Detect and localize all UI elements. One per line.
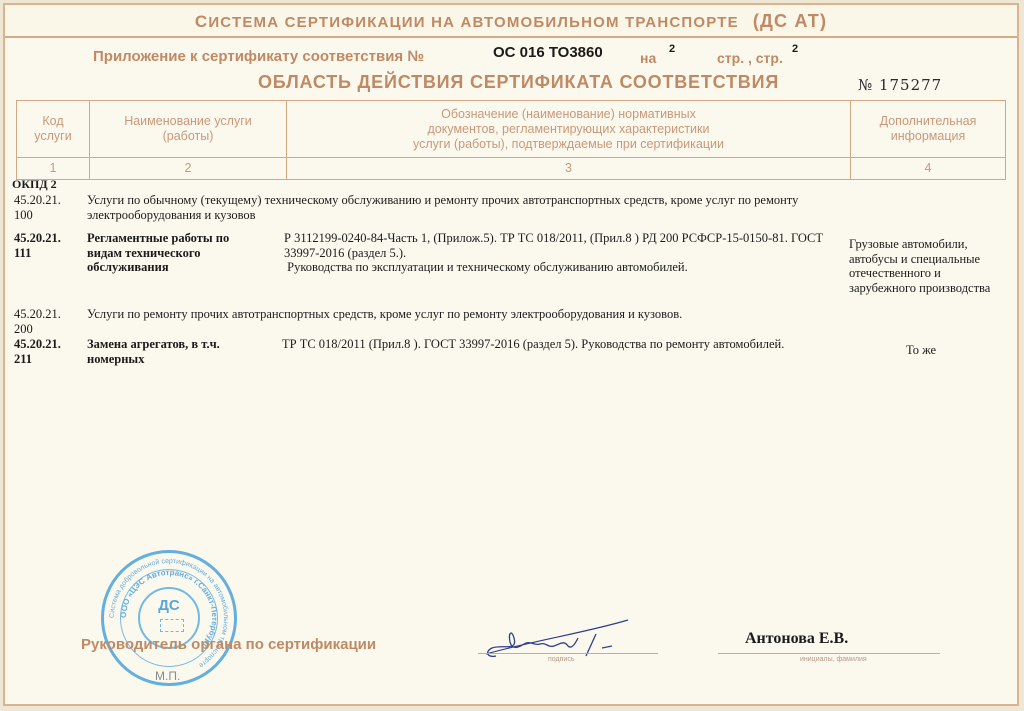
- normative-docs-extra: Руководства по эксплуатации и техническо…: [284, 260, 844, 275]
- table-column-numbers: 1 2 3 4: [16, 158, 1006, 180]
- classifier-label: ОКПД 2: [12, 177, 57, 192]
- column-number: 2: [90, 158, 287, 179]
- service-code: 45.20.21. 111: [14, 231, 61, 260]
- system-title-initial: С: [195, 12, 208, 31]
- name-caption: инициалы, фамилия: [800, 656, 867, 663]
- service-code: 45.20.21. 200: [14, 307, 61, 336]
- service-code: 45.20.21. 211: [14, 337, 61, 366]
- column-number: 1: [17, 158, 90, 179]
- page-current: 2: [792, 43, 798, 55]
- head-of-certification-body-label: Руководитель органа по сертификации: [81, 636, 376, 653]
- service-group-text: Услуги по обычному (текущему) техническо…: [87, 193, 827, 222]
- normative-docs: Р 3112199-0240-84-Часть 1, (Прилож.5). Т…: [284, 231, 844, 260]
- pages-on-label: на: [640, 50, 656, 66]
- system-title-band: СИСТЕМА СЕРТИФИКАЦИИ НА АВТОМОБИЛЬНОМ ТР…: [5, 5, 1017, 38]
- additional-info: То же: [906, 343, 936, 358]
- column-header-normative-docs: Обозначение (наименование) нормативных д…: [287, 101, 851, 157]
- signature-line: [478, 653, 658, 654]
- table-header: Код услуги Наименование услуги (работы) …: [16, 100, 1006, 158]
- column-header-additional-info: Дополнительная информация: [851, 101, 1005, 157]
- system-title: СИСТЕМА СЕРТИФИКАЦИИ НА АВТОМОБИЛЬНОМ ТР…: [5, 11, 1017, 32]
- appendix-label: Приложение к сертификату соответствия №: [93, 48, 424, 65]
- scope-title: ОБЛАСТЬ ДЕЙСТВИЯ СЕРТИФИКАТА СООТВЕТСТВИ…: [258, 72, 779, 93]
- normative-docs: ТР ТС 018/2011 (Прил.8 ). ГОСТ 33997-201…: [282, 337, 842, 352]
- service-name: Замена агрегатов, в т.ч. номерных: [87, 337, 257, 366]
- additional-info: Грузовые автомобили, автобусы и специаль…: [849, 237, 999, 295]
- system-abbr: (ДС АТ): [753, 11, 827, 31]
- signature-icon: [478, 612, 648, 662]
- signature-caption: подпись: [548, 656, 574, 663]
- form-number: № 175277: [858, 76, 942, 94]
- column-number: 3: [287, 158, 851, 179]
- pages-total: 2: [669, 43, 675, 55]
- column-number: 4: [851, 158, 1005, 179]
- page-label: стр. , стр.: [717, 50, 783, 66]
- column-header-service-name: Наименование услуги (работы): [90, 101, 287, 157]
- service-code: 45.20.21. 100: [14, 193, 61, 222]
- official-stamp: Система добровольной сертификации на авт…: [101, 550, 237, 686]
- truck-icon: [160, 619, 184, 632]
- name-line: [718, 653, 940, 654]
- system-title-text: ИСТЕМА СЕРТИФИКАЦИИ НА АВТОМОБИЛЬНОМ ТРА…: [208, 14, 739, 31]
- service-name: Регламентные работы по видам техническог…: [87, 231, 257, 275]
- column-header-code: Код услуги: [17, 101, 90, 157]
- signer-name: Антонова Е.В.: [745, 630, 848, 648]
- stamp-place-mark: М.П.: [155, 669, 180, 683]
- service-group-text: Услуги по ремонту прочих автотранспортны…: [87, 307, 827, 322]
- certificate-number: ОС 016 ТО3860: [493, 44, 603, 61]
- stamp-center-text: ДС: [104, 597, 234, 614]
